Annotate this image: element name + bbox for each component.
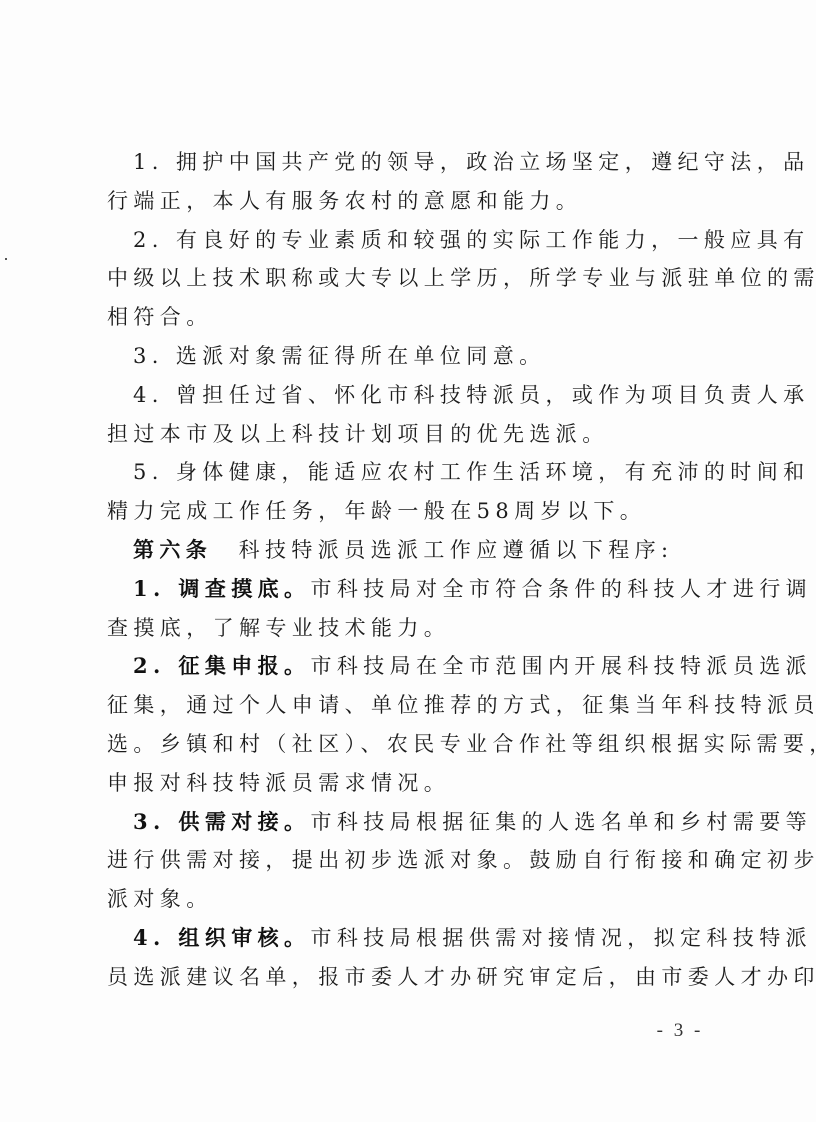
paragraph-line: 申报对科技特派员需求情况。 (107, 764, 695, 803)
line-text: 市科技局根据供需对接情况，拟定科技特派 (310, 926, 812, 950)
step-title: 1. 调查摸底。 (133, 576, 310, 601)
step-heading-line: 3. 供需对接。市科技局根据征集的人选名单和乡村需要等 (107, 803, 695, 842)
article-heading-line: 第六条 科技特派员选派工作应遵循以下程序: (107, 531, 695, 570)
line-text: 员选派建议名单，报市委人才办研究审定后，由市委人才办印发 (107, 965, 816, 989)
paragraph-line: 查摸底，了解专业技术能力。 (107, 609, 695, 648)
line-text: 中级以上技术职称或大专以上学历，所学专业与派驻单位的需求 (107, 266, 816, 290)
paragraph-line: 5. 身体健康，能适应农村工作生活环境，有充沛的时间和 (107, 453, 695, 492)
line-text: 4. 曾担任过省、怀化市科技特派员，或作为项目负责人承 (133, 383, 810, 407)
scan-speck (5, 258, 7, 260)
step-title: 2. 征集申报。 (133, 653, 310, 678)
line-text: 派对象。 (107, 887, 213, 911)
line-text: 申报对科技特派员需求情况。 (107, 771, 450, 795)
paragraph-line: 4. 曾担任过省、怀化市科技特派员，或作为项目负责人承 (107, 376, 695, 415)
paragraph-line: 选。乡镇和村（社区）、农民专业合作社等组织根据实际需要， (107, 725, 695, 764)
line-text: 行端正，本人有服务农村的意愿和能力。 (107, 189, 582, 213)
paragraph-line: 员选派建议名单，报市委人才办研究审定后，由市委人才办印发 (107, 958, 695, 997)
paragraph-line: 1. 拥护中国共产党的领导，政治立场坚定，遵纪守法，品 (107, 143, 695, 182)
line-text: 市科技局根据征集的人选名单和乡村需要等 (310, 810, 812, 834)
line-text: 担过本市及以上科技计划项目的优先选派。 (107, 422, 609, 446)
page-number: - 3 - (650, 1020, 710, 1042)
line-text: 精力完成工作任务，年龄一般在58周岁以下。 (107, 499, 646, 523)
step-title: 4. 组织审核。 (133, 925, 310, 950)
paragraph-line: 2. 有良好的专业素质和较强的实际工作能力，一般应具有 (107, 221, 695, 260)
line-text: 进行供需对接，提出初步选派对象。鼓励自行衔接和确定初步选 (107, 848, 816, 872)
line-text: 查摸底，了解专业技术能力。 (107, 616, 450, 640)
line-text: 市科技局对全市符合条件的科技人才进行调 (310, 577, 812, 601)
line-text: 相符合。 (107, 305, 213, 329)
line-text: 征集，通过个人申请、单位推荐的方式，征集当年科技特派员人 (107, 693, 816, 717)
line-text: 3. 选派对象需征得所在单位同意。 (133, 344, 546, 368)
step-heading-line: 1. 调查摸底。市科技局对全市符合条件的科技人才进行调 (107, 570, 695, 609)
line-text: 选。乡镇和村（社区）、农民专业合作社等组织根据实际需要， (107, 732, 816, 756)
line-text: 5. 身体健康，能适应农村工作生活环境，有充沛的时间和 (133, 460, 810, 484)
step-heading-line: 4. 组织审核。市科技局根据供需对接情况，拟定科技特派 (107, 919, 695, 958)
step-title: 3. 供需对接。 (133, 809, 310, 834)
paragraph-line: 3. 选派对象需征得所在单位同意。 (107, 337, 695, 376)
paragraph-line: 相符合。 (107, 298, 695, 337)
paragraph-line: 行端正，本人有服务农村的意愿和能力。 (107, 182, 695, 221)
line-text: 2. 有良好的专业素质和较强的实际工作能力，一般应具有 (133, 228, 810, 252)
paragraph-line: 派对象。 (107, 880, 695, 919)
article-label: 第六条 (133, 537, 212, 562)
paragraph-line: 中级以上技术职称或大专以上学历，所学专业与派驻单位的需求 (107, 259, 695, 298)
line-text: 1. 拥护中国共产党的领导，政治立场坚定，遵纪守法，品 (133, 150, 810, 174)
document-body: 1. 拥护中国共产党的领导，政治立场坚定，遵纪守法，品 行端正，本人有服务农村的… (107, 143, 695, 997)
paragraph-line: 征集，通过个人申请、单位推荐的方式，征集当年科技特派员人 (107, 686, 695, 725)
paragraph-line: 进行供需对接，提出初步选派对象。鼓励自行衔接和确定初步选 (107, 841, 695, 880)
document-page: 1. 拥护中国共产党的领导，政治立场坚定，遵纪守法，品 行端正，本人有服务农村的… (0, 0, 816, 1122)
paragraph-line: 精力完成工作任务，年龄一般在58周岁以下。 (107, 492, 695, 531)
line-text: 科技特派员选派工作应遵循以下程序: (212, 538, 673, 562)
step-heading-line: 2. 征集申报。市科技局在全市范围内开展科技特派员选派 (107, 647, 695, 686)
paragraph-line: 担过本市及以上科技计划项目的优先选派。 (107, 415, 695, 454)
line-text: 市科技局在全市范围内开展科技特派员选派 (310, 654, 812, 678)
